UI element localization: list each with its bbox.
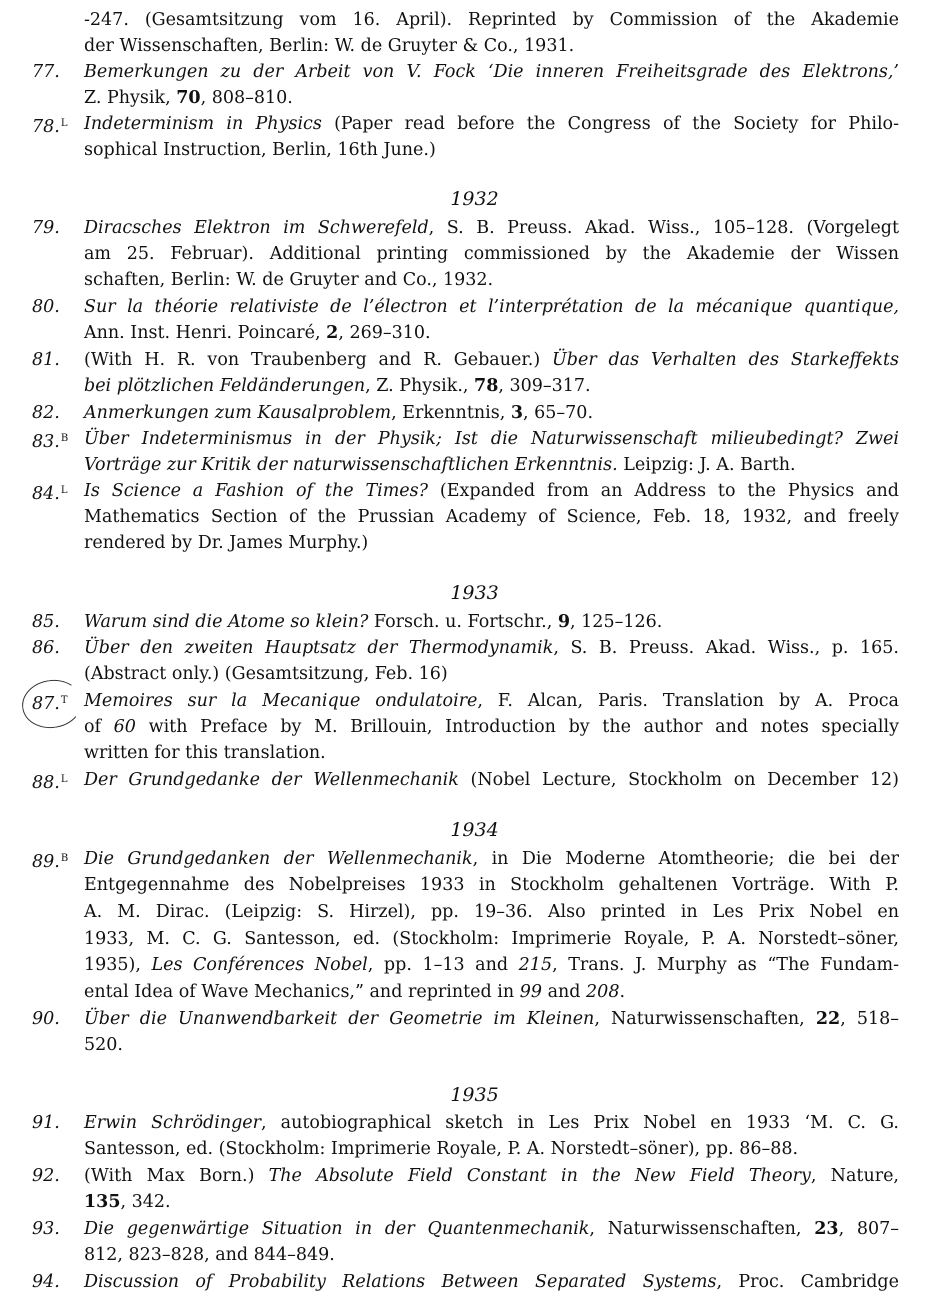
continuation-line-2: der Wissenschaften, Berlin: W. de Gruyte… xyxy=(84,33,899,59)
entry-92-line-2: 135, 342. xyxy=(84,1189,899,1215)
entry-84-line-1: Is Science a Fashion of the Times? (Expa… xyxy=(84,478,899,504)
entry-90-line-2: 520. xyxy=(84,1032,899,1058)
entry-87-line-1: Memoires sur la Mecanique ondulatoire, F… xyxy=(84,688,899,714)
entry-number: 93. xyxy=(32,1216,84,1242)
entry-number: 94. xyxy=(32,1269,84,1295)
entry-83-line-2: Vorträge zur Kritik der naturwissenschaf… xyxy=(84,452,899,478)
entry-number: 85. xyxy=(32,609,84,635)
entry-89-line-5: 1935), Les Conférences Nobel, pp. 1–13 a… xyxy=(84,952,899,978)
entry-83-line-1: Über Indeterminismus in der Physik; Ist … xyxy=(84,426,899,452)
entry-79-line-1: Diracsches Elektron im Schwerefeld, S. B… xyxy=(84,215,899,241)
entry-89-line-2: Entgegennahme des Nobelpreises 1933 in S… xyxy=(84,872,899,898)
entry-89-line-3: A. M. Dirac. (Leipzig: S. Hirzel), pp. 1… xyxy=(84,899,899,925)
entry-number: 88.L xyxy=(32,767,84,793)
continuation-line-1: -247. (Gesamtsitzung vom 16. April). Rep… xyxy=(84,7,899,33)
entry-86-line-2: (Abstract only.) (Gesamtsitzung, Feb. 16… xyxy=(84,661,899,687)
entry-number: 87.T xyxy=(32,688,84,714)
entry-number: 83.B xyxy=(32,426,84,452)
entry-86-line-1: Über den zweiten Hauptsatz der Thermodyn… xyxy=(84,635,899,661)
entry-84-line-3: rendered by Dr. James Murphy.) xyxy=(84,530,899,556)
year-heading-1933: 1933 xyxy=(0,580,949,606)
entry-number: 84.L xyxy=(32,478,84,504)
year-heading-1932: 1932 xyxy=(0,186,949,212)
entry-number: 81. xyxy=(32,347,84,373)
entry-92-line-1: (With Max Born.) The Absolute Field Cons… xyxy=(84,1163,899,1189)
entry-87-line-3: written for this translation. xyxy=(84,740,899,766)
entry-90-line-1: Über die Unanwendbarkeit der Geometrie i… xyxy=(84,1006,899,1032)
entry-79-line-3: schaften, Berlin: W. de Gruyter and Co.,… xyxy=(84,267,899,293)
entry-number: 82. xyxy=(32,400,84,426)
entry-number: 79. xyxy=(32,215,84,241)
entry-number: 92. xyxy=(32,1163,84,1189)
entry-93-line-1: Die gegenwärtige Situation in der Quante… xyxy=(84,1216,899,1242)
entry-80-line-1: Sur la théorie relativiste de l’électron… xyxy=(84,294,899,320)
year-heading-1934: 1934 xyxy=(0,817,949,843)
entry-81-line-1: (With H. R. von Traubenberg and R. Gebau… xyxy=(84,347,899,373)
entry-number: 78.L xyxy=(32,111,84,137)
entry-number: 86. xyxy=(32,635,84,661)
entry-85-line-1: Warum sind die Atome so klein? Forsch. u… xyxy=(84,609,899,635)
entry-number: 90. xyxy=(32,1006,84,1032)
entry-89-line-4: 1933, M. C. G. Santesson, ed. (Stockholm… xyxy=(84,926,899,952)
entry-79-line-2: am 25. Februar). Additional printing com… xyxy=(84,241,899,267)
entry-number: 91. xyxy=(32,1110,84,1136)
entry-number: 77. xyxy=(32,59,84,85)
entry-93-line-2: 812, 823–828, and 844–849. xyxy=(84,1242,899,1268)
entry-number: 80. xyxy=(32,294,84,320)
entry-89-line-1: Die Grundgedanken der Wellenmechanik, in… xyxy=(84,846,899,872)
entry-94-line-1: Discussion of Probability Relations Betw… xyxy=(84,1269,899,1295)
entry-88-line-1: Der Grundgedanke der Wellenmechanik (Nob… xyxy=(84,767,899,793)
entry-91-line-2: Santesson, ed. (Stockholm: Imprimerie Ro… xyxy=(84,1136,899,1162)
entry-number: 89.B xyxy=(32,846,84,872)
entry-78-line-2: sophical Instruction, Berlin, 16th June.… xyxy=(84,137,899,163)
entry-77-line-2: Z. Physik, 70, 808–810. xyxy=(84,85,899,111)
entry-78-line-1: Indeterminism in Physics (Paper read bef… xyxy=(84,111,899,137)
entry-89-line-6: ental Idea of Wave Mechanics,” and repri… xyxy=(84,979,899,1005)
entry-91-line-1: Erwin Schrödinger, autobiographical sket… xyxy=(84,1110,899,1136)
entry-84-line-2: Mathematics Section of the Prussian Acad… xyxy=(84,504,899,530)
entry-82-line-1: Anmerkungen zum Kausalproblem, Erkenntni… xyxy=(84,400,899,426)
entry-80-line-2: Ann. Inst. Henri. Poincaré, 2, 269–310. xyxy=(84,320,899,346)
entry-77-line-1: Bemerkungen zu der Arbeit von V. Fock ‘D… xyxy=(84,59,899,85)
year-heading-1935: 1935 xyxy=(0,1082,949,1108)
entry-87-line-2: of 60 with Preface by M. Brillouin, Intr… xyxy=(84,714,899,740)
entry-81-line-2: bei plötzlichen Feldänderungen, Z. Physi… xyxy=(84,373,899,399)
